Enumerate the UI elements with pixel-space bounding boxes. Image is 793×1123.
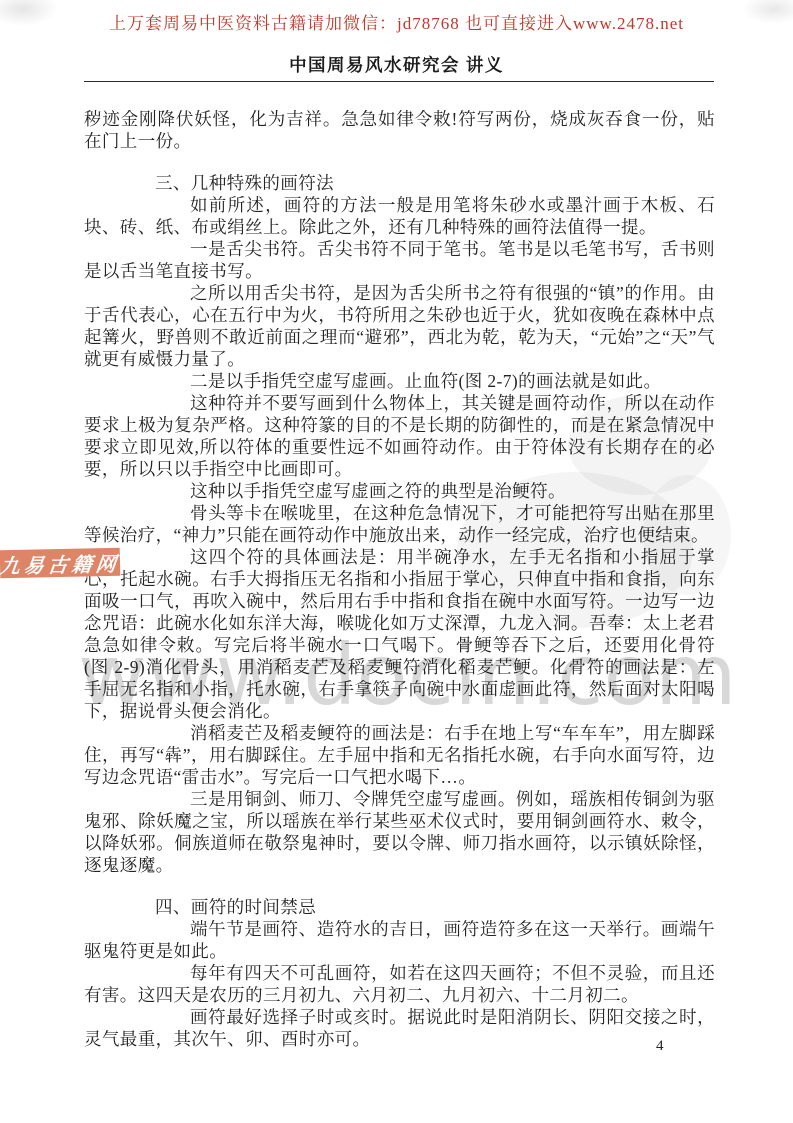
- document-title: 中国周易风水研究会 讲义: [0, 52, 793, 77]
- section-heading-4: 四、画符的时间禁忌: [84, 896, 715, 918]
- header-divider: [84, 81, 714, 82]
- body-paragraph: 之所以用舌尖书符，是因为舌尖所书之符有很强的“镇”的作用。由于舌代表心，心在五行…: [84, 282, 715, 370]
- document-body: 秽迹金刚降伏妖怪，化为吉祥。急急如律令敕!符写两份，烧成灰吞食一份，贴在门上一份…: [84, 108, 715, 1050]
- body-paragraph: 这四个符的具体画法是：用半碗净水，左手无名指和小指屈于掌心，托起水碗。右手大拇指…: [84, 546, 715, 722]
- site-watermark-banner: 九易古籍网: [0, 548, 120, 579]
- body-paragraph: 画符最好选择子时或亥时。据说此时是阳消阴长、阴阳交接之时，灵气最重，其次午、卯、…: [84, 1006, 715, 1050]
- body-paragraph: 每年有四天不可乱画符，如若在这四天画符；不但不灵验，而且还有害。这四天是农历的三…: [84, 962, 715, 1006]
- body-paragraph: 三是用铜剑、师刀、令牌凭空虚写虚画。例如，瑶族相传铜剑为驱鬼邪、除妖魔之宝，所以…: [84, 788, 715, 876]
- body-paragraph: 端午节是画符、造符水的吉日，画符造符多在这一天举行。画端午驱鬼符更是如此。: [84, 918, 715, 962]
- section-heading-3: 三、几种特殊的画符法: [84, 172, 715, 194]
- body-paragraph: 二是以手指凭空虚写虚画。止血符(图 2-7)的画法就是如此。: [84, 370, 715, 392]
- body-paragraph: 消稻麦芒及稻麦鲠符的画法是：右手在地上写“车车车”，用左脚踩住，再写“犇”，用右…: [84, 722, 715, 788]
- body-paragraph: 这种符并不要写画到什么物体上，其关键是画符动作，所以在动作要求上极为复杂严格。这…: [84, 392, 715, 480]
- body-paragraph: 一是舌尖书符。舌尖书符不同于笔书。笔书是以毛笔书写，舌书则是以舌当笔直接书写。: [84, 238, 715, 282]
- header-promo-text: 上万套周易中医资料古籍请加微信：jd78768 也可直接进入www.2478.n…: [0, 9, 793, 34]
- document-page: 上万套周易中医资料古籍请加微信：jd78768 也可直接进入www.2478.n…: [0, 0, 793, 1123]
- body-paragraph: 这种以手指凭空虚写虚画之符的典型是治鲠符。: [84, 480, 715, 502]
- body-paragraph: 骨头等卡在喉咙里，在这种危急情况下，才可能把符写出贴在那里等候治疗，“神力”只能…: [84, 502, 715, 546]
- site-watermark-label: 九易古籍网: [0, 547, 122, 579]
- body-paragraph: 秽迹金刚降伏妖怪，化为吉祥。急急如律令敕!符写两份，烧成灰吞食一份，贴在门上一份…: [84, 108, 715, 152]
- body-paragraph: 如前所述，画符的方法一般是用笔将朱砂水或墨汁画于木板、石块、砖、纸、布或绢丝上。…: [84, 194, 715, 238]
